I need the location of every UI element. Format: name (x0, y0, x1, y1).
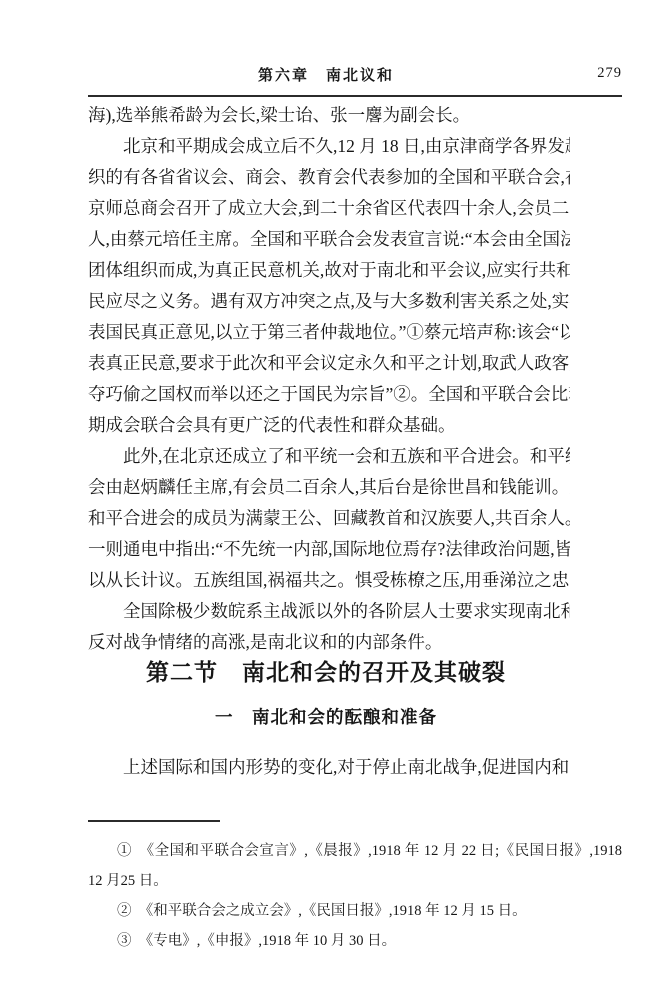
paragraph-line: 期成会联合会具有更广泛的代表性和群众基础。 (88, 410, 570, 441)
paragraph-line: 一则通电中指出:“不先统一内部,国际地位焉存?法律政治问题,皆可 (88, 534, 570, 565)
paragraph-line: 和平合进会的成员为满蒙王公、回藏教首和汉族要人,共百余人。它在 (88, 503, 570, 534)
paragraph-line: 民应尽之义务。遇有双方冲突之点,及与大多数利害关系之处,实行发 (88, 286, 570, 317)
paragraph-line: 以从长计议。五族组国,祸福共之。惧受栋橑之压,用垂涕泣之忠。”③ (88, 565, 570, 596)
paragraph-line: 京师总商会召开了成立大会,到二十余省区代表四十余人,会员二百余 (88, 193, 570, 224)
paragraph-line: 会由赵炳麟任主席,有会员二百余人,其后台是徐世昌和钱能训。五族 (88, 472, 570, 503)
footnote-line: ② 《和平联合会之成立会》,《民国日报》,1918 年 12 月 15 日。 (88, 896, 622, 926)
footnote-rule (88, 820, 220, 822)
page-number: 279 (597, 65, 622, 82)
paragraph-line: 上述国际和国内形势的变化,对于停止南北战争,促进国内和平, (88, 752, 570, 783)
footnote-line: ③ 《专电》,《申报》,1918 年 10 月 30 日。 (88, 926, 622, 956)
paragraph-line: 团体组织而成,为真正民意机关,故对于南北和平会议,应实行共和国 (88, 255, 570, 286)
footnote-line: 12 月25 日。 (88, 866, 622, 896)
paragraph-line: 夺巧偷之国权而举以还之于国民为宗旨”②。全国和平联合会比和平 (88, 379, 570, 410)
book-page: 第六章 南北议和 279 海),选举熊希龄为会长,梁士诒、张一麐为副会长。 北京… (0, 0, 652, 1000)
running-head: 第六章 南北议和 (0, 64, 652, 85)
subsection-heading: 一 南北和会的酝酿和准备 (0, 704, 652, 729)
footnotes: ① 《全国和平联合会宣言》,《晨报》,1918 年 12 月 22 日;《民国日… (88, 836, 622, 956)
section-heading: 第二节 南北和会的召开及其破裂 (0, 654, 652, 687)
paragraph-line: 表真正民意,要求于此次和平会议定永久和平之计划,取武人政客所妄 (88, 348, 570, 379)
continuation-paragraph: 上述国际和国内形势的变化,对于停止南北战争,促进国内和平, (88, 752, 570, 783)
paragraph-line: 北京和平期成会成立后不久,12 月 18 日,由京津商学各界发起组 (88, 131, 570, 162)
body-text: 海),选举熊希龄为会长,梁士诒、张一麐为副会长。 北京和平期成会成立后不久,12… (88, 100, 570, 658)
header-rule (88, 95, 622, 97)
paragraph-line: 表国民真正意见,以立于第三者仲裁地位。”①蔡元培声称:该会“以代 (88, 317, 570, 348)
paragraph-line: 全国除极少数皖系主战派以外的各阶层人士要求实现南北和平, (88, 596, 570, 627)
paragraph-line: 海),选举熊希龄为会长,梁士诒、张一麐为副会长。 (88, 100, 570, 131)
paragraph-line: 人,由蔡元培任主席。全国和平联合会发表宣言说:“本会由全国法定 (88, 224, 570, 255)
footnote-line: ① 《全国和平联合会宣言》,《晨报》,1918 年 12 月 22 日;《民国日… (88, 836, 622, 866)
paragraph-line: 此外,在北京还成立了和平统一会和五族和平合进会。和平统一 (88, 441, 570, 472)
paragraph-line: 织的有各省省议会、商会、教育会代表参加的全国和平联合会,在北京 (88, 162, 570, 193)
